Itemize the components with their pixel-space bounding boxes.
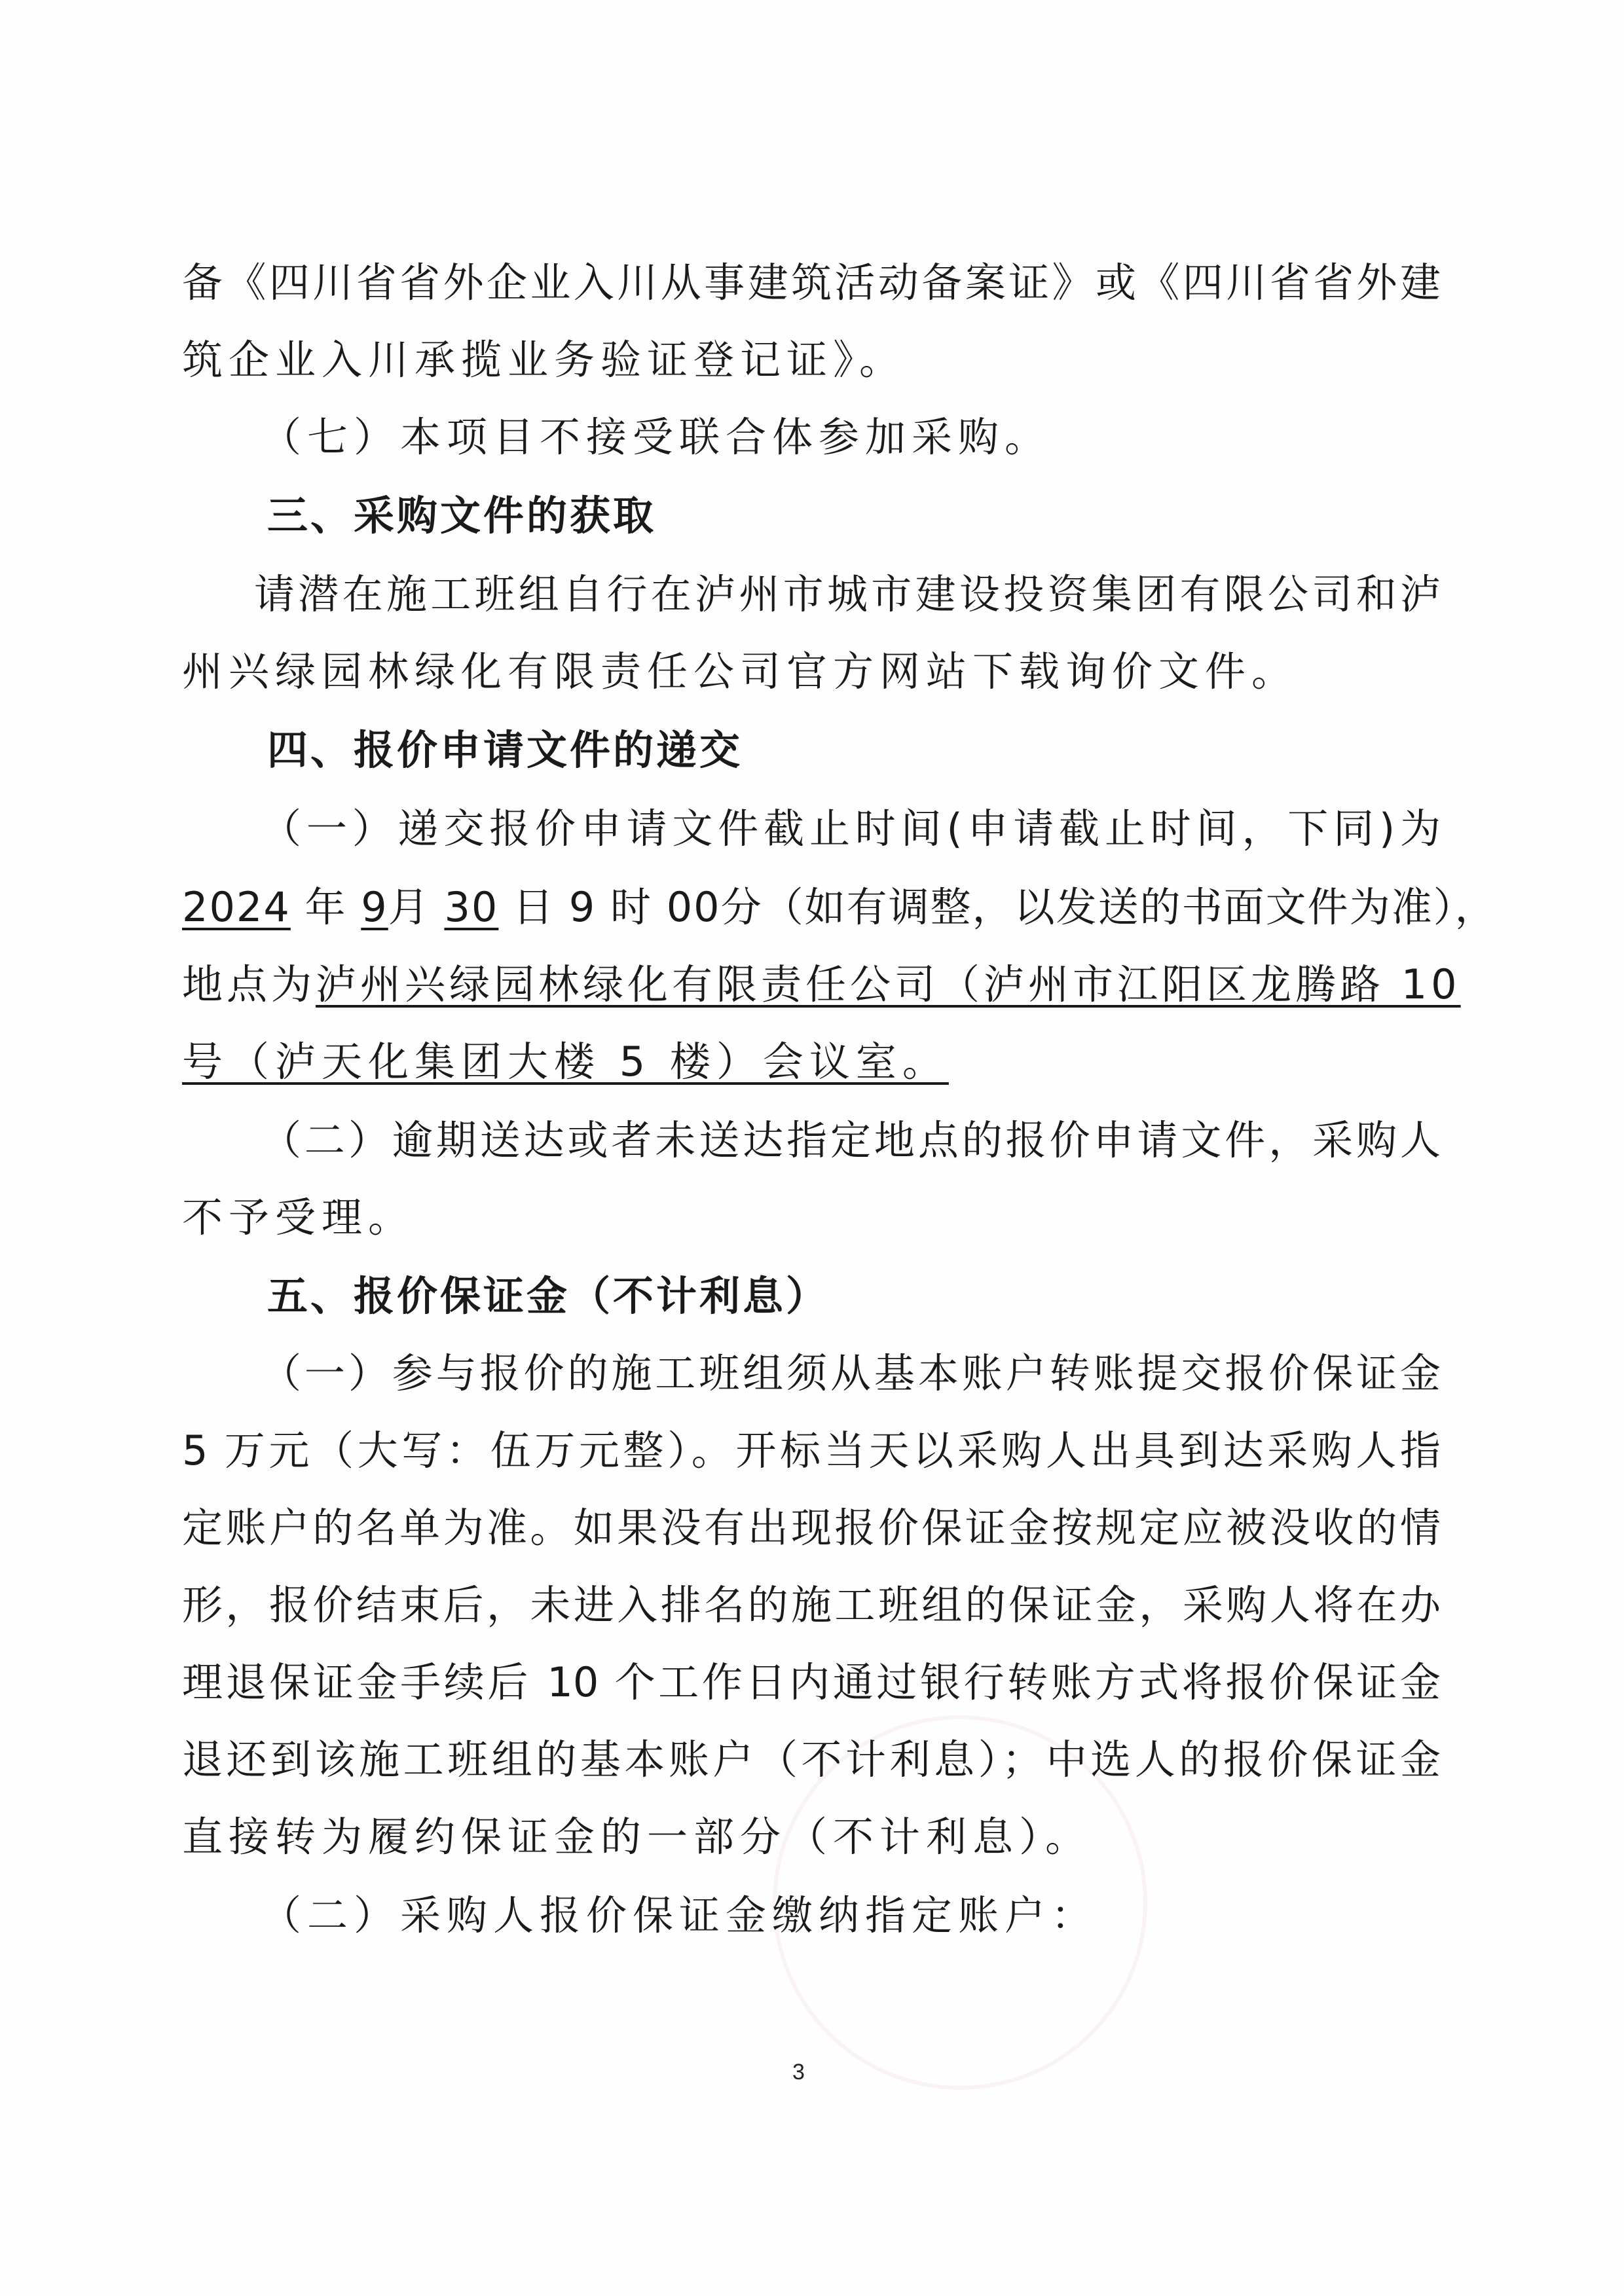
paragraph-line: 请潜在施工班组自行在泸州市城市建设投资集团有限公司和泸 [254,568,1441,621]
page-number: 3 [792,2060,805,2085]
paragraph-line: 理退保证金手续后 10 个工作日内通过银行转账方式将报价保证金 [182,1656,1441,1709]
location-address: 泸州兴绿园林绿化有限责任公司（泸州市江阳区龙腾路 10 [316,960,1461,1008]
deadline-date-line: 2024 年 9月 30 日 9 时 00分（如有调整，以发送的书面文件为准）， [182,881,1441,934]
location-line: 地点为泸州兴绿园林绿化有限责任公司（泸州市江阳区龙腾路 10 [182,958,1441,1011]
paragraph-line: 筑企业入川承揽业务验证登记证》。 [182,334,1441,386]
paragraph-line: 退还到该施工班组的基本账户（不计利息）；中选人的报价保证金 [182,1734,1441,1786]
deadline-day: 30 [444,883,498,931]
paragraph-line: 形，报价结束后，未进入排名的施工班组的保证金，采购人将在办 [182,1579,1441,1631]
section-heading-4: 四、报价申请文件的递交 [267,724,1526,776]
paragraph-line: （七）本项目不接受联合体参加采购。 [261,411,1441,464]
section-heading-3: 三、采购文件的获取 [267,490,1526,542]
paragraph-line: 5 万元（大写：伍万元整）。开标当天以采购人出具到达采购人指 [182,1425,1441,1477]
paragraph-line: 州兴绿园林绿化有限责任公司官方网站下载询价文件。 [182,646,1441,698]
section-heading-5: 五、报价保证金（不计利息） [267,1270,1526,1322]
deadline-month: 9 [361,883,388,931]
paragraph-line: （二）采购人报价保证金缴纳指定账户： [261,1889,1441,1942]
location-line-cont: 号（泸天化集团大楼 5 楼）会议室。 [182,1036,1441,1088]
deadline-year: 2024 [182,883,291,931]
paragraph-line: 备《四川省省外企业入川从事建筑活动备案证》或《四川省省外建 [182,257,1441,309]
paragraph-line: 直接转为履约保证金的一部分（不计利息）。 [182,1811,1441,1863]
paragraph-line: （一）参与报价的施工班组须从基本账户转账提交报价保证金 [261,1347,1441,1400]
paragraph-line: 不予受理。 [182,1192,1441,1244]
deadline-minute: 00 [667,883,721,931]
deadline-hour: 9 [569,883,596,931]
document-page: 备《四川省省外企业入川从事建筑活动备案证》或《四川省省外建 筑企业入川承揽业务验… [0,0,1624,2296]
paragraph-line: （一）递交报价申请文件截止时间(申请截止时间，下同)为 [261,803,1441,855]
paragraph-line: 定账户的名单为准。如果没有出现报价保证金按规定应被没收的情 [182,1502,1441,1554]
paragraph-line: （二）逾期送达或者未送达指定地点的报价申请文件，采购人 [261,1114,1441,1167]
